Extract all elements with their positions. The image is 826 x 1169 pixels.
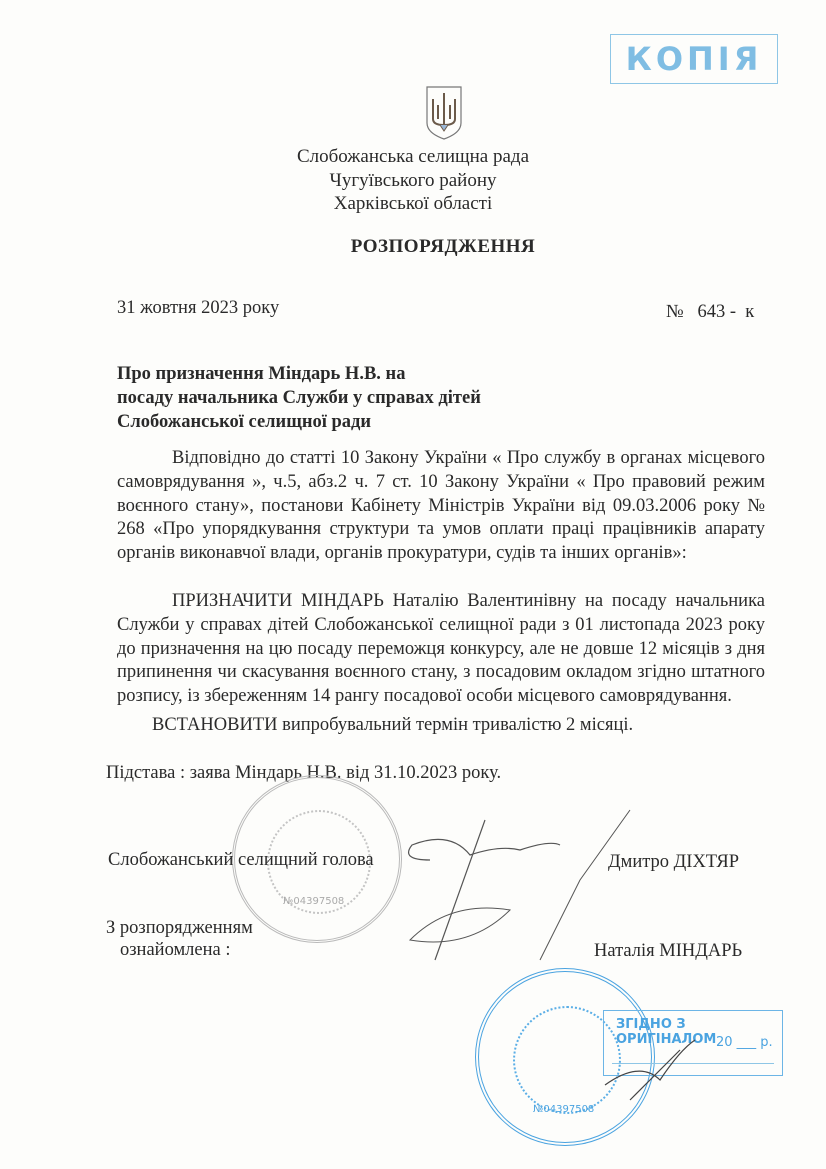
seal-number: №04397508 (533, 1104, 594, 1115)
head-title: Слобожанський селищний голова (108, 850, 374, 871)
coat-of-arms-icon (425, 85, 463, 141)
org-district: Чугуївського району (0, 170, 826, 192)
head-name: Дмитро ДІХТЯР (608, 852, 739, 873)
doc-type-title: РОЗПОРЯДЖЕННЯ (0, 236, 826, 258)
doc-date: 31 жовтня 2023 року (117, 298, 279, 319)
org-region: Харківської області (0, 193, 826, 215)
seal-number: №04397508 (283, 896, 344, 907)
ack-name: Наталія МІНДАРЬ (594, 941, 742, 962)
doc-number: № 643 - к (666, 302, 754, 323)
ack-label: З розпорядженням (106, 918, 253, 939)
subject-line: Про призначення Міндарь Н.В. на (117, 362, 481, 386)
appoint-paragraph: ПРИЗНАЧИТИ МІНДАРЬ Наталію Валентинівну … (117, 590, 765, 709)
signature-verify-icon (600, 1030, 710, 1110)
subject-line: посаду начальника Служби у справах дітей (117, 386, 481, 410)
org-name: Слобожанська селищна рада (0, 146, 826, 168)
probation-paragraph: ВСТАНОВИТИ випробувальний термін тривалі… (152, 714, 752, 738)
doc-subject: Про призначення Міндарь Н.В. на посаду н… (117, 362, 481, 434)
subject-line: Слобожанської селищної ради (117, 410, 481, 434)
ack-label-2: ознайомлена : (120, 940, 231, 961)
copy-stamp: КОПІЯ (610, 34, 778, 84)
preamble-paragraph: Відповідно до статті 10 Закону України «… (117, 447, 765, 566)
verify-date: 20 ___ р. (716, 1035, 773, 1050)
